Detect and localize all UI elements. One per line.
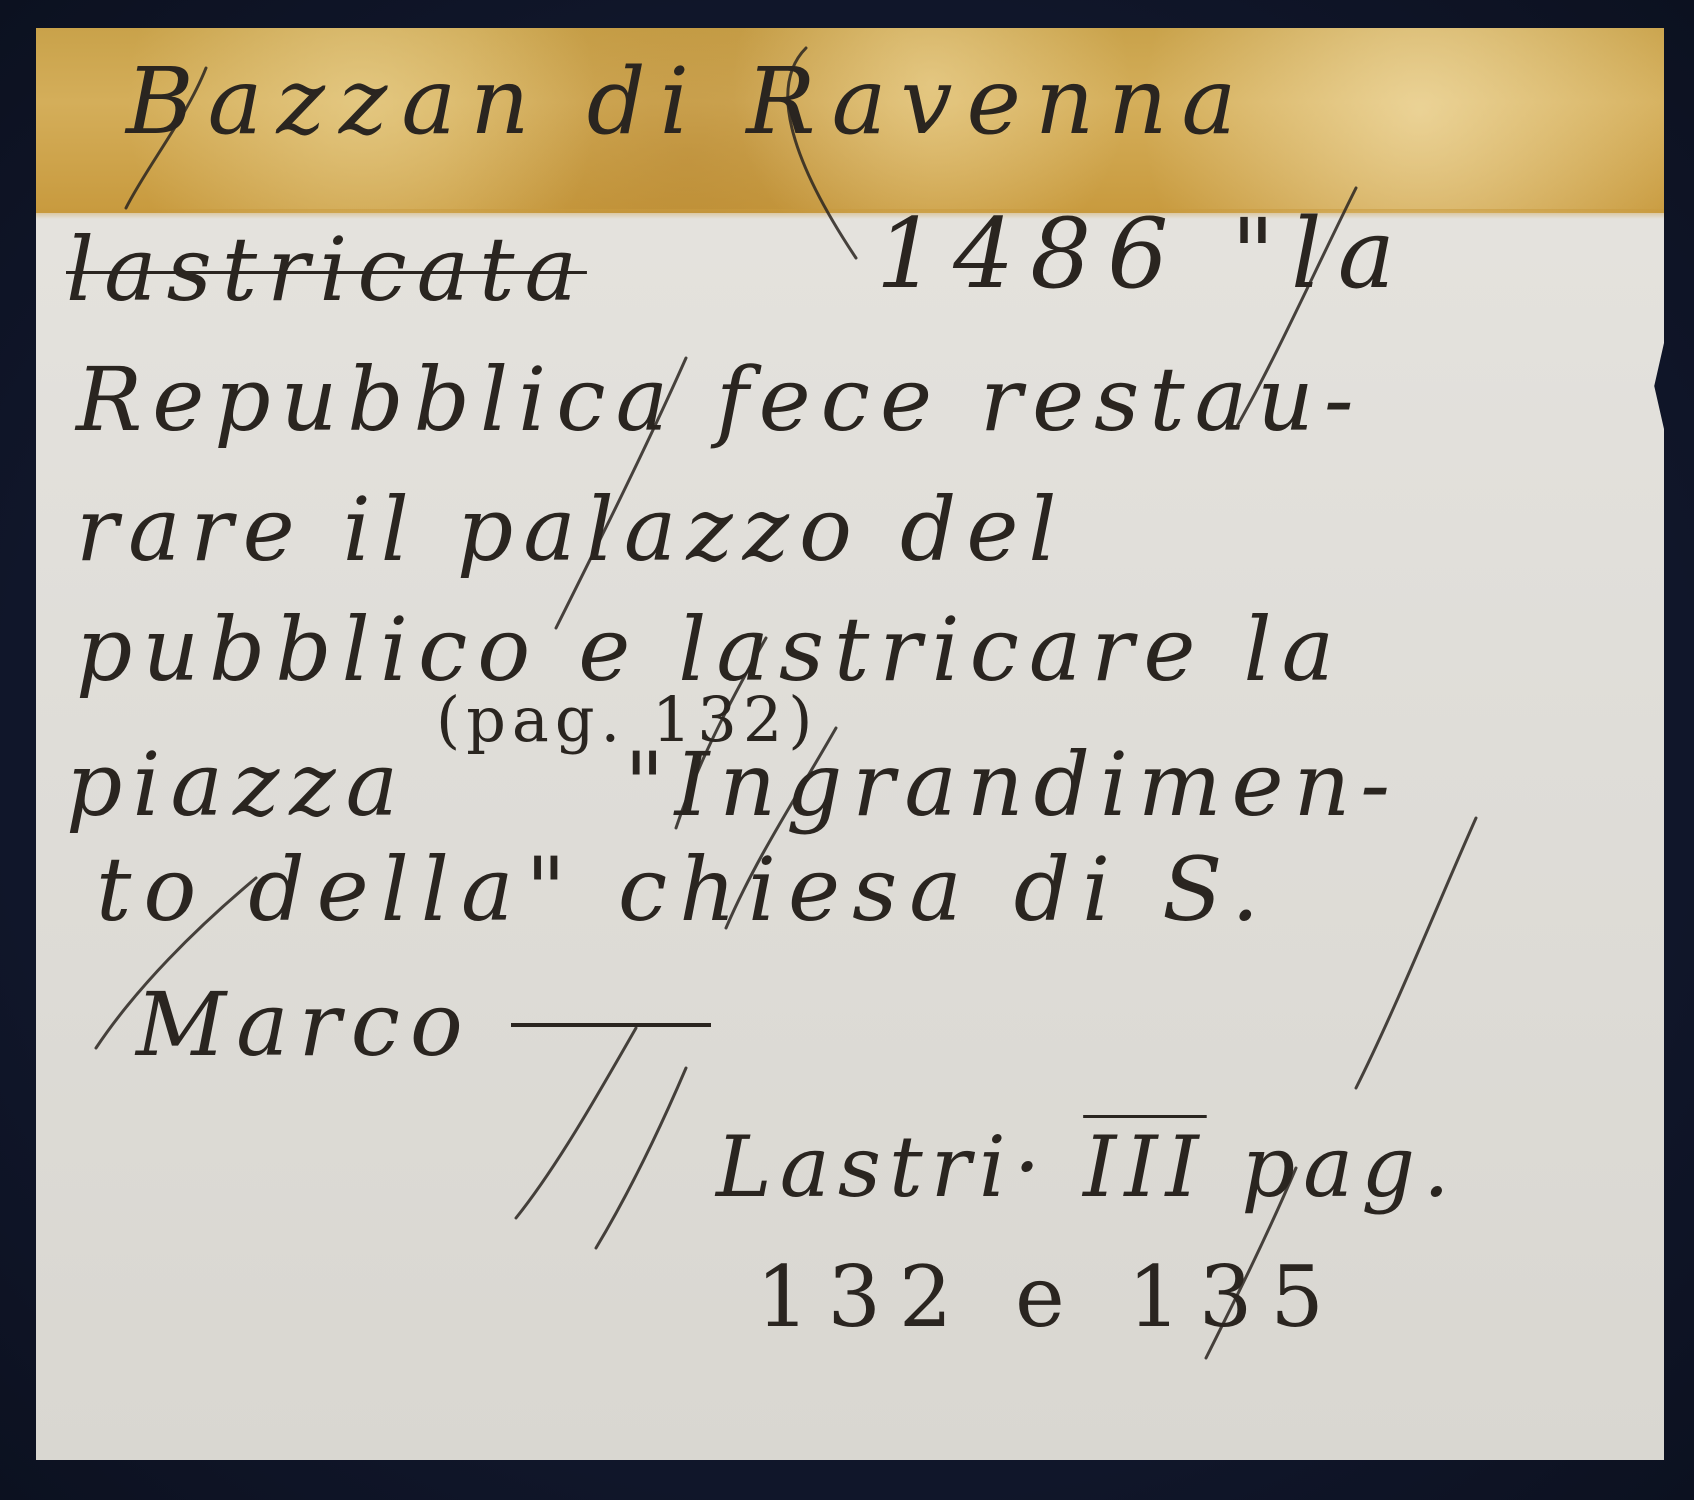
note-line-marco: Marco: [136, 973, 711, 1076]
source-author: Lastri: [716, 1118, 1014, 1216]
note-line: rare il palazzo del: [76, 478, 1067, 581]
source-citation: Lastri· III pag.: [716, 1118, 1458, 1216]
source-volume: III: [1083, 1118, 1207, 1216]
note-word-marco: Marco: [136, 973, 473, 1076]
source-pages: 132 e 135: [756, 1248, 1342, 1346]
note-word-ingrandimento: "Ingrandimen-: [624, 733, 1400, 836]
note-line: Repubblica fece restau-: [76, 348, 1364, 451]
note-line-struck-word: lastricata: [66, 218, 587, 321]
note-line: to della" chiesa di S.: [96, 838, 1271, 941]
note-line: piazza "Ingrandimen-: [66, 733, 1400, 836]
separator-dot: ·: [1014, 1118, 1049, 1216]
handwritten-note-paper: Bazzan di Ravenna lastricata 1486 "la Re…: [36, 28, 1664, 1460]
note-word-piazza: piazza: [66, 733, 408, 836]
note-title: Bazzan di Ravenna: [126, 48, 1250, 155]
source-page-label: pag.: [1241, 1118, 1457, 1216]
note-line-year: 1486 "la: [876, 198, 1411, 310]
underline-flourish: [511, 1023, 711, 1027]
